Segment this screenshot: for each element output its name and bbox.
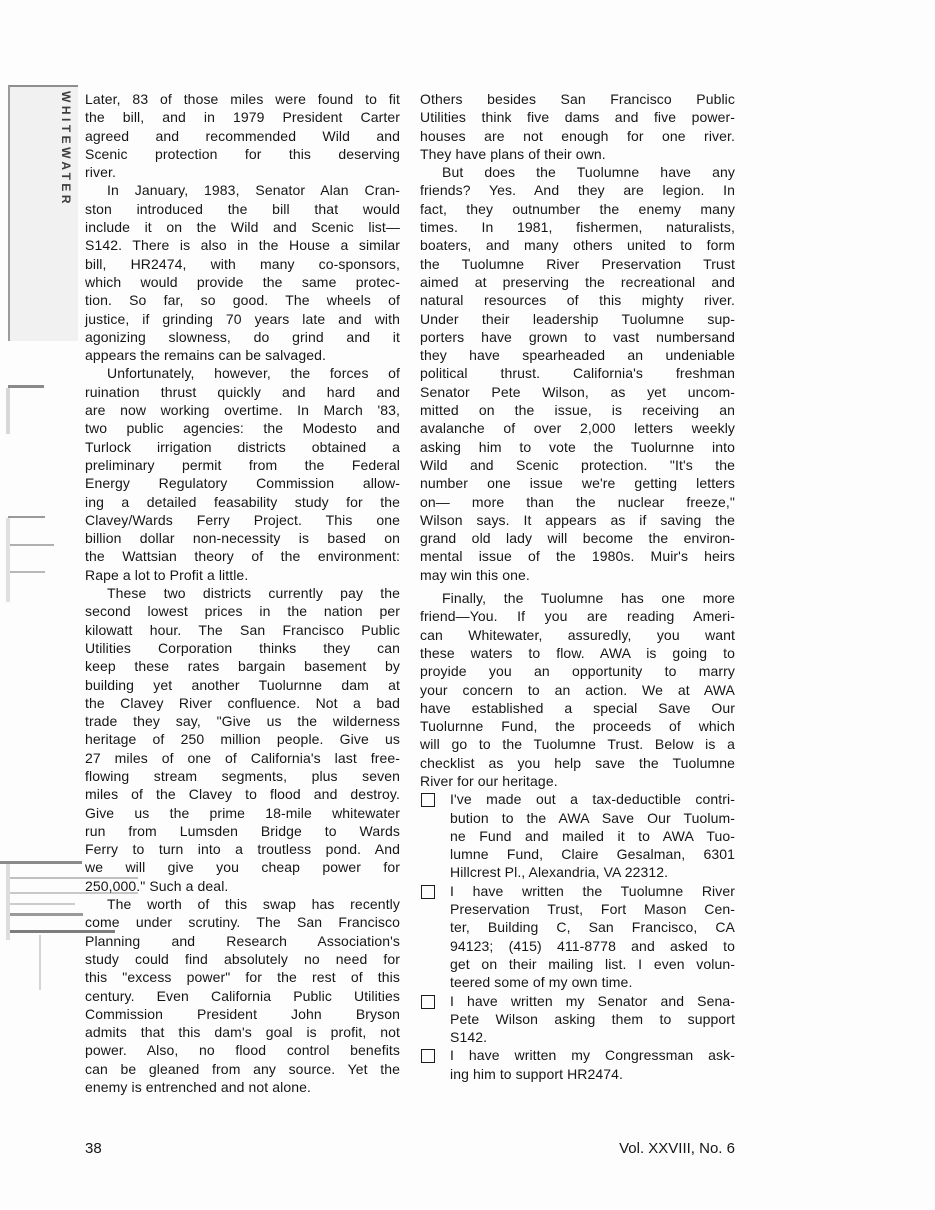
text-line: will go to the Tuolumne Trust. Below is … bbox=[420, 735, 735, 753]
scan-mark bbox=[6, 518, 10, 602]
scan-mark bbox=[8, 544, 54, 546]
text-line: Energy Regulatory Commission allow- bbox=[85, 474, 400, 492]
checkbox-icon[interactable] bbox=[421, 1049, 435, 1063]
whitewater-tab-label: WHITEWATER bbox=[59, 91, 73, 207]
text-line: I have written the Tuolumne River bbox=[450, 882, 735, 900]
text-line: But does the Tuolumne have any bbox=[420, 163, 735, 181]
checklist-item: I've made out a tax-deductible contri-bu… bbox=[420, 790, 735, 881]
text-line: S142. bbox=[450, 1028, 735, 1046]
text-line: S142. There is also in the House a simil… bbox=[85, 236, 400, 254]
text-line: run from Lumsden Bridge to Wards bbox=[85, 822, 400, 840]
scan-mark bbox=[8, 385, 44, 388]
text-line: In January, 1983, Senator Alan Cran- bbox=[85, 181, 400, 199]
text-line: your concern to an action. We at AWA bbox=[420, 681, 735, 699]
text-line: miles of the Clavey to flood and destroy… bbox=[85, 785, 400, 803]
text-line: ing a detailed feasability study for the bbox=[85, 493, 400, 511]
text-line: Under their leadership Tuolumne sup- bbox=[420, 310, 735, 328]
text-line: ruination thrust quickly and hard and bbox=[85, 383, 400, 401]
text-line: Give us the prime 18-mile whitewater bbox=[85, 804, 400, 822]
text-line: checklist as you help save the Tuolumne bbox=[420, 754, 735, 772]
text-line: come under scrutiny. The San Francisco bbox=[85, 913, 400, 931]
paragraph: Later, 83 of those miles were found to f… bbox=[85, 90, 400, 181]
scan-mark bbox=[8, 516, 45, 518]
text-line: tion. So far, so good. The wheels of bbox=[85, 291, 400, 309]
text-line: the bill, and in 1979 President Carter bbox=[85, 108, 400, 126]
text-line: billion dollar non-necessity is based on bbox=[85, 529, 400, 547]
text-line: Preservation Trust, Fort Mason Cen- bbox=[450, 900, 735, 918]
text-line: times. In 1981, fishermen, naturalists, bbox=[420, 218, 735, 236]
scan-mark bbox=[8, 913, 83, 916]
checkbox-icon[interactable] bbox=[421, 995, 435, 1009]
text-line: flowing stream segments, plus seven bbox=[85, 767, 400, 785]
text-line: bution to the AWA Save Our Tuolum- bbox=[450, 809, 735, 827]
text-line: century. Even California Public Utilitie… bbox=[85, 987, 400, 1005]
volume-issue-label: Vol. XXVIII, No. 6 bbox=[420, 1140, 735, 1157]
text-line: Rape a lot to Profit a little. bbox=[85, 566, 400, 584]
text-line: river. bbox=[85, 163, 400, 181]
text-line: friends? Yes. And they are legion. In bbox=[420, 181, 735, 199]
text-line: this "excess power" for the rest of this bbox=[85, 968, 400, 986]
text-line: Wild and Scenic protection. "It's the bbox=[420, 456, 735, 474]
text-line: building yet another Tuolurnne dam at bbox=[85, 676, 400, 694]
text-line: friend—You. If you are reading Ameri- bbox=[420, 607, 735, 625]
scan-mark bbox=[0, 861, 82, 864]
text-line: lumne Fund, Claire Gesalman, 6301 bbox=[450, 845, 735, 863]
text-line: mitted on the issue, is receiving an bbox=[420, 401, 735, 419]
text-line: appears the remains can be salvaged. bbox=[85, 346, 400, 364]
text-line: fact, they outnumber the enemy many bbox=[420, 200, 735, 218]
text-line: Ferry to turn into a troutless pond. And bbox=[85, 840, 400, 858]
text-line: which would provide the same protec- bbox=[85, 273, 400, 291]
text-line: the Wattsian theory of the environment: bbox=[85, 547, 400, 565]
paragraph: But does the Tuolumne have anyfriends? Y… bbox=[420, 163, 735, 584]
text-line: Clavey/Wards Ferry Project. This one bbox=[85, 511, 400, 529]
text-line: heritage of 250 million people. Give us bbox=[85, 730, 400, 748]
text-line: 250,000." Such a deal. bbox=[85, 877, 400, 895]
left-column: Later, 83 of those miles were found to f… bbox=[85, 90, 400, 1096]
text-line: keep these rates bargain basement by bbox=[85, 657, 400, 675]
paragraph: In January, 1983, Senator Alan Cran-ston… bbox=[85, 181, 400, 364]
text-line: preliminary permit from the Federal bbox=[85, 456, 400, 474]
text-line: second lowest prices in the nation per bbox=[85, 602, 400, 620]
text-line: can Whitewater, assuredly, you want bbox=[420, 626, 735, 644]
text-line: the Tuolumne River Preservation Trust bbox=[420, 255, 735, 273]
text-line: the Clavey River confluence. Not a bad bbox=[85, 694, 400, 712]
text-line: study could find absolutely no need for bbox=[85, 950, 400, 968]
text-line: Planning and Research Association's bbox=[85, 932, 400, 950]
checkbox-icon[interactable] bbox=[421, 793, 435, 807]
text-line: ne Fund and mailed it to AWA Tuo- bbox=[450, 827, 735, 845]
text-line: two public agencies: the Modesto and bbox=[85, 419, 400, 437]
text-line: I've made out a tax-deductible contri- bbox=[450, 790, 735, 808]
text-line: bill, HR2474, with many co-sponsors, bbox=[85, 255, 400, 273]
text-line: get on their mailing list. I even volun- bbox=[450, 955, 735, 973]
text-line: on— more than the nuclear freeze," bbox=[420, 493, 735, 511]
text-line: are now working overtime. In March '83, bbox=[85, 401, 400, 419]
text-line: Finally, the Tuolumne has one more bbox=[420, 589, 735, 607]
text-line: admits that this dam's goal is profit, n… bbox=[85, 1023, 400, 1041]
text-line: 27 miles of one of California's last fre… bbox=[85, 749, 400, 767]
text-line: houses are not enough for one river. bbox=[420, 127, 735, 145]
text-line: The worth of this swap has recently bbox=[85, 895, 400, 913]
text-line: I have written my Congressman ask- bbox=[450, 1046, 735, 1064]
text-line: Senator Pete Wilson, as yet uncom- bbox=[420, 383, 735, 401]
checklist-item: I have written my Congressman ask-ing hi… bbox=[420, 1046, 735, 1083]
text-line: they have spearheaded an undeniable bbox=[420, 346, 735, 364]
text-line: enemy is entrenched and not alone. bbox=[85, 1078, 400, 1096]
text-line: justice, if grinding 70 years late and w… bbox=[85, 310, 400, 328]
text-line: Hillcrest Pl., Alexandria, VA 22312. bbox=[450, 863, 735, 881]
paragraph: Finally, the Tuolumne has one morefriend… bbox=[420, 589, 735, 790]
text-line: Utilities think five dams and five power… bbox=[420, 108, 735, 126]
text-line: political thrust. California's freshman bbox=[420, 364, 735, 382]
text-line: ston introduced the bill that would bbox=[85, 200, 400, 218]
scan-mark bbox=[6, 388, 10, 434]
text-line: Turlock irrigation districts obtained a bbox=[85, 438, 400, 456]
text-line: Wilson says. It appears as if saving the bbox=[420, 511, 735, 529]
paragraph: The worth of this swap has recentlycome … bbox=[85, 895, 400, 1096]
paragraph: These two districts currently pay thesec… bbox=[85, 584, 400, 895]
text-line: ing him to support HR2474. bbox=[450, 1065, 735, 1083]
text-line: can be gleaned from any source. Yet the bbox=[85, 1060, 400, 1078]
paragraph: Unfortunately, however, the forces ofrui… bbox=[85, 364, 400, 584]
text-line: River for our heritage. bbox=[420, 772, 735, 790]
text-line: 94123; (415) 411-8778 and asked to bbox=[450, 937, 735, 955]
text-line: avalanche of over 2,000 letters weekly bbox=[420, 419, 735, 437]
text-line: trade they say, "Give us the wilderness bbox=[85, 712, 400, 730]
text-line: asking him to vote the Tuolurnne into bbox=[420, 438, 735, 456]
text-line: teered some of my own time. bbox=[450, 973, 735, 991]
right-column: Others besides San Francisco PublicUtili… bbox=[420, 90, 735, 1083]
text-line: porters have grown to vast numbersand bbox=[420, 328, 735, 346]
checklist-item: I have written my Senator and Sena-Pete … bbox=[420, 992, 735, 1047]
text-line: Scenic protection for this deserving bbox=[85, 145, 400, 163]
scan-mark bbox=[39, 935, 41, 990]
page-number: 38 bbox=[85, 1140, 102, 1157]
whitewater-edge-tab: WHITEWATER bbox=[8, 85, 78, 341]
text-line: They have plans of their own. bbox=[420, 145, 735, 163]
text-line: have established a special Save Our bbox=[420, 699, 735, 717]
text-line: Tuolurnne Fund, the proceeds of which bbox=[420, 717, 735, 735]
text-line: These two districts currently pay the bbox=[85, 584, 400, 602]
text-line: boaters, and many others united to form bbox=[420, 236, 735, 254]
magazine-page: WHITEWATER Later, 83 of those miles were… bbox=[0, 0, 935, 1210]
text-line: Pete Wilson asking them to support bbox=[450, 1010, 735, 1028]
text-line: agonizing slowness, do grind and it bbox=[85, 328, 400, 346]
text-line: kilowatt hour. The San Francisco Public bbox=[85, 621, 400, 639]
scan-mark bbox=[8, 571, 45, 573]
text-line: Commission President John Bryson bbox=[85, 1005, 400, 1023]
text-line: these waters to flow. AWA is going to bbox=[420, 644, 735, 662]
checklist-item: I have written the Tuolumne RiverPreserv… bbox=[420, 882, 735, 992]
text-line: Others besides San Francisco Public bbox=[420, 90, 735, 108]
text-line: mental issue of the 1980s. Muir's heirs bbox=[420, 547, 735, 565]
text-line: natural resources of this mighty river. bbox=[420, 291, 735, 309]
text-line: may win this one. bbox=[420, 566, 735, 584]
text-line: include it on the Wild and Scenic list— bbox=[85, 218, 400, 236]
text-line: number one issue we're getting letters bbox=[420, 474, 735, 492]
text-line: proyide you an opportunity to marry bbox=[420, 662, 735, 680]
text-line: power. Also, no flood control benefits bbox=[85, 1041, 400, 1059]
text-line: Later, 83 of those miles were found to f… bbox=[85, 90, 400, 108]
text-line: aimed at preserving the recreational and bbox=[420, 273, 735, 291]
text-line: agreed and recommended Wild and bbox=[85, 127, 400, 145]
scan-mark bbox=[8, 903, 75, 905]
text-line: Unfortunately, however, the forces of bbox=[85, 364, 400, 382]
text-line: we will give you cheap power for bbox=[85, 858, 400, 876]
paragraph: Others besides San Francisco PublicUtili… bbox=[420, 90, 735, 163]
text-line: grand old lady will become the environ- bbox=[420, 529, 735, 547]
scan-mark bbox=[6, 864, 10, 940]
checkbox-icon[interactable] bbox=[421, 885, 435, 899]
text-line: Utilities Corporation thinks they can bbox=[85, 639, 400, 657]
text-line: I have written my Senator and Sena- bbox=[450, 992, 735, 1010]
text-line: ter, Building C, San Francisco, CA bbox=[450, 918, 735, 936]
